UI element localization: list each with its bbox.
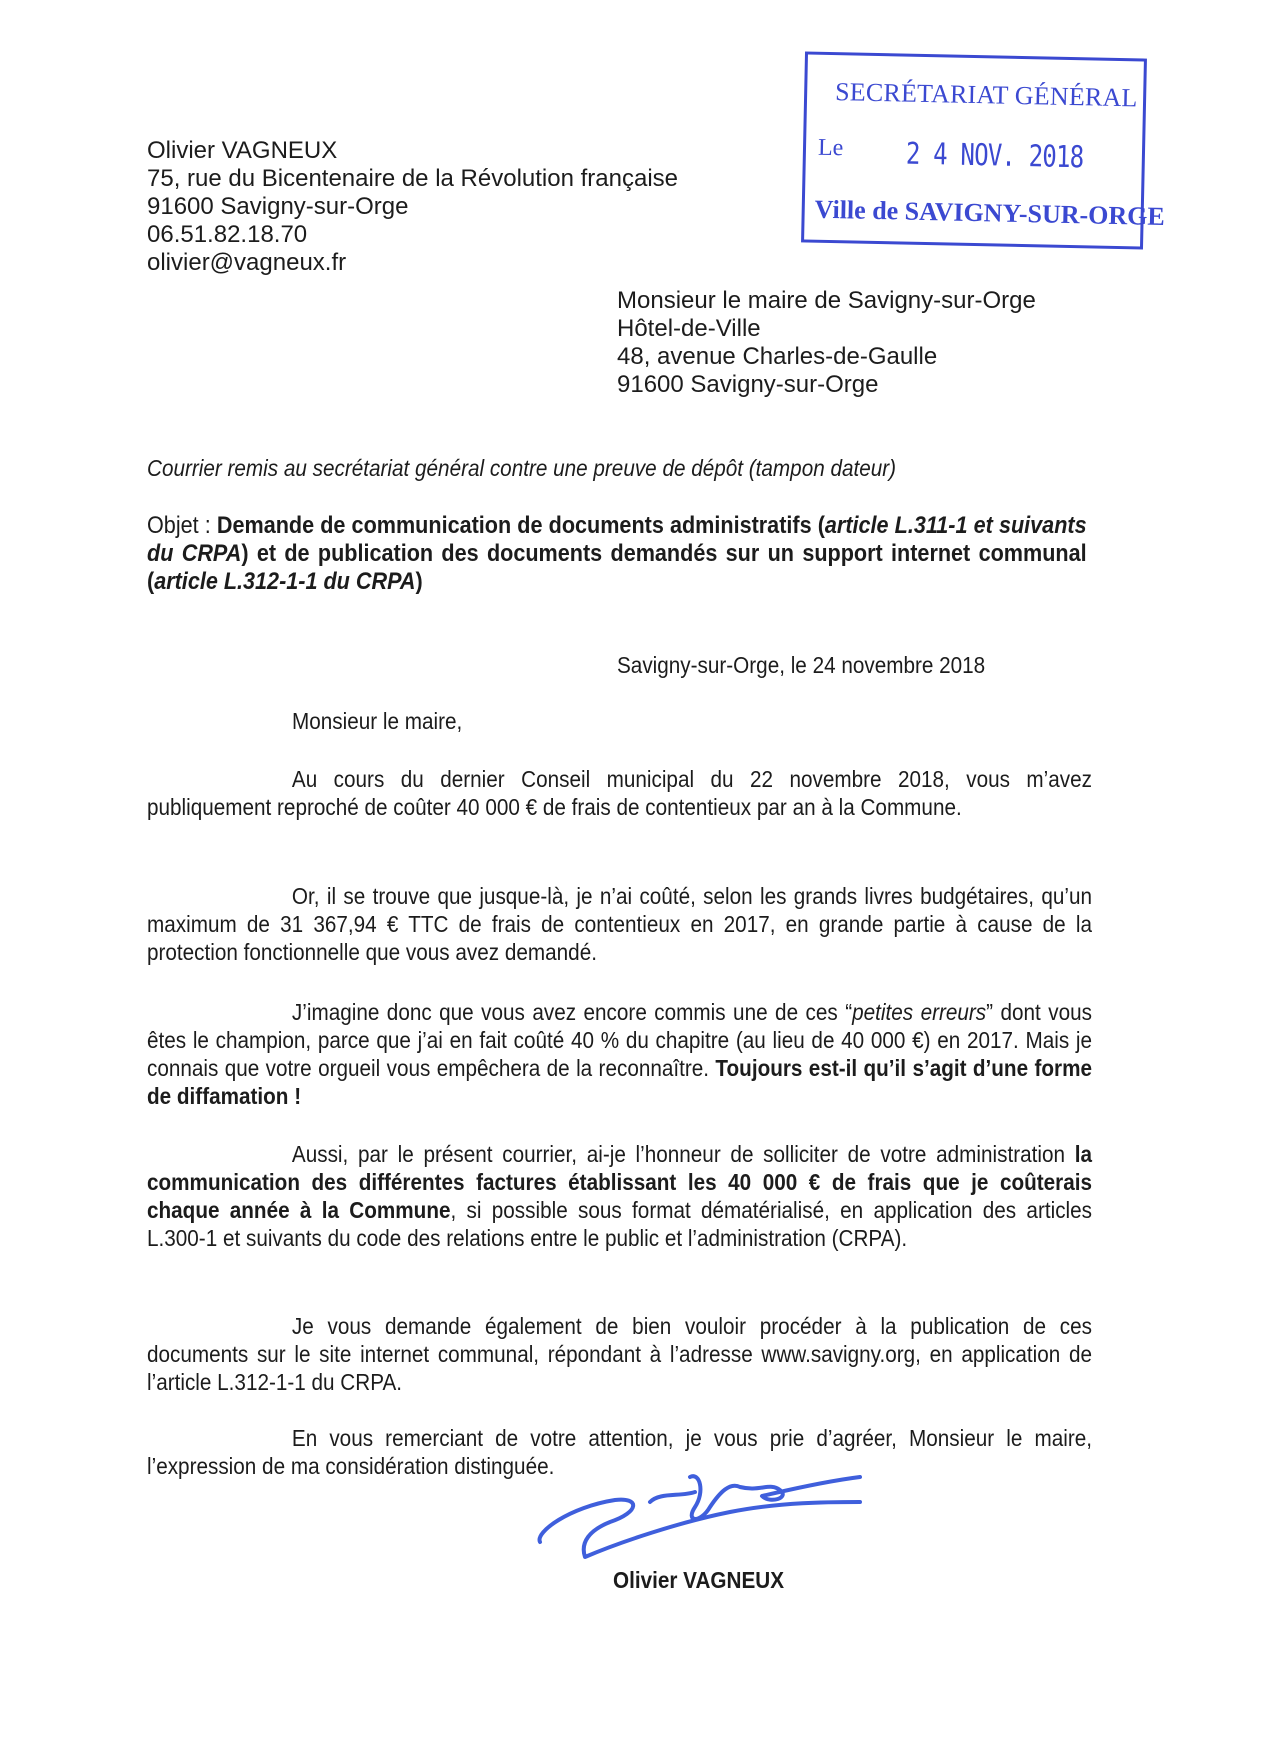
stamp-date: 2 4 NOV. 2018 [906, 137, 1084, 176]
signatory-name: Olivier VAGNEUX [613, 1567, 784, 1594]
recipient-address-block: Monsieur le maire de Savigny-sur-Orge Hô… [617, 287, 1036, 399]
italic-run: petites erreurs [852, 999, 986, 1025]
receipt-stamp: SECRÉTARIAT GÉNÉRAL Le 2 4 NOV. 2018 Vil… [801, 51, 1147, 249]
sender-city: 91600 Savigny-sur-Orge [147, 193, 678, 221]
recipient-line: Hôtel-de-Ville [617, 315, 1036, 343]
sender-street: 75, rue du Bicentenaire de la Révolution… [147, 165, 678, 193]
sender-email: olivier@vagneux.fr [147, 249, 678, 277]
sender-phone: 06.51.82.18.70 [147, 221, 678, 249]
subject-italic-2: article L.312-1-1 du CRPA [154, 568, 415, 595]
handwritten-signature [530, 1462, 870, 1572]
stamp-le-label: Le [818, 135, 844, 163]
subject-bold-3: ) [415, 568, 422, 595]
stamp-ville: Ville de SAVIGNY-SUR-ORGE [814, 195, 1165, 232]
body-paragraph: Aussi, par le présent courrier, ai-je l’… [147, 1140, 1092, 1252]
recipient-line: Monsieur le maire de Savigny-sur-Orge [617, 287, 1036, 315]
body-paragraph: Or, il se trouve que jusque-là, je n’ai … [147, 882, 1092, 966]
sender-name: Olivier VAGNEUX [147, 137, 678, 165]
stamp-title: SECRÉTARIAT GÉNÉRAL [835, 77, 1138, 113]
subject-label: Objet : [147, 512, 217, 539]
body-paragraph: J’imagine donc que vous avez encore comm… [147, 998, 1092, 1110]
body-paragraph: Je vous demande également de bien vouloi… [147, 1312, 1092, 1396]
sender-address-block: Olivier VAGNEUX 75, rue du Bicentenaire … [147, 137, 678, 277]
salutation: Monsieur le maire, [292, 708, 462, 735]
place-and-date: Savigny-sur-Orge, le 24 novembre 2018 [617, 652, 985, 679]
subject-line: Objet : Demande de communication de docu… [147, 512, 1087, 596]
text-run: Aussi, par le présent courrier, ai-je l’… [292, 1141, 1075, 1167]
subject-bold-1: Demande de communication de documents ad… [217, 512, 825, 539]
delivery-note: Courrier remis au secrétariat général co… [147, 455, 896, 482]
recipient-line: 48, avenue Charles-de-Gaulle [617, 343, 1036, 371]
body-paragraph: Au cours du dernier Conseil municipal du… [147, 765, 1092, 821]
recipient-line: 91600 Savigny-sur-Orge [617, 371, 1036, 399]
text-run: J’imagine donc que vous avez encore comm… [292, 999, 852, 1025]
